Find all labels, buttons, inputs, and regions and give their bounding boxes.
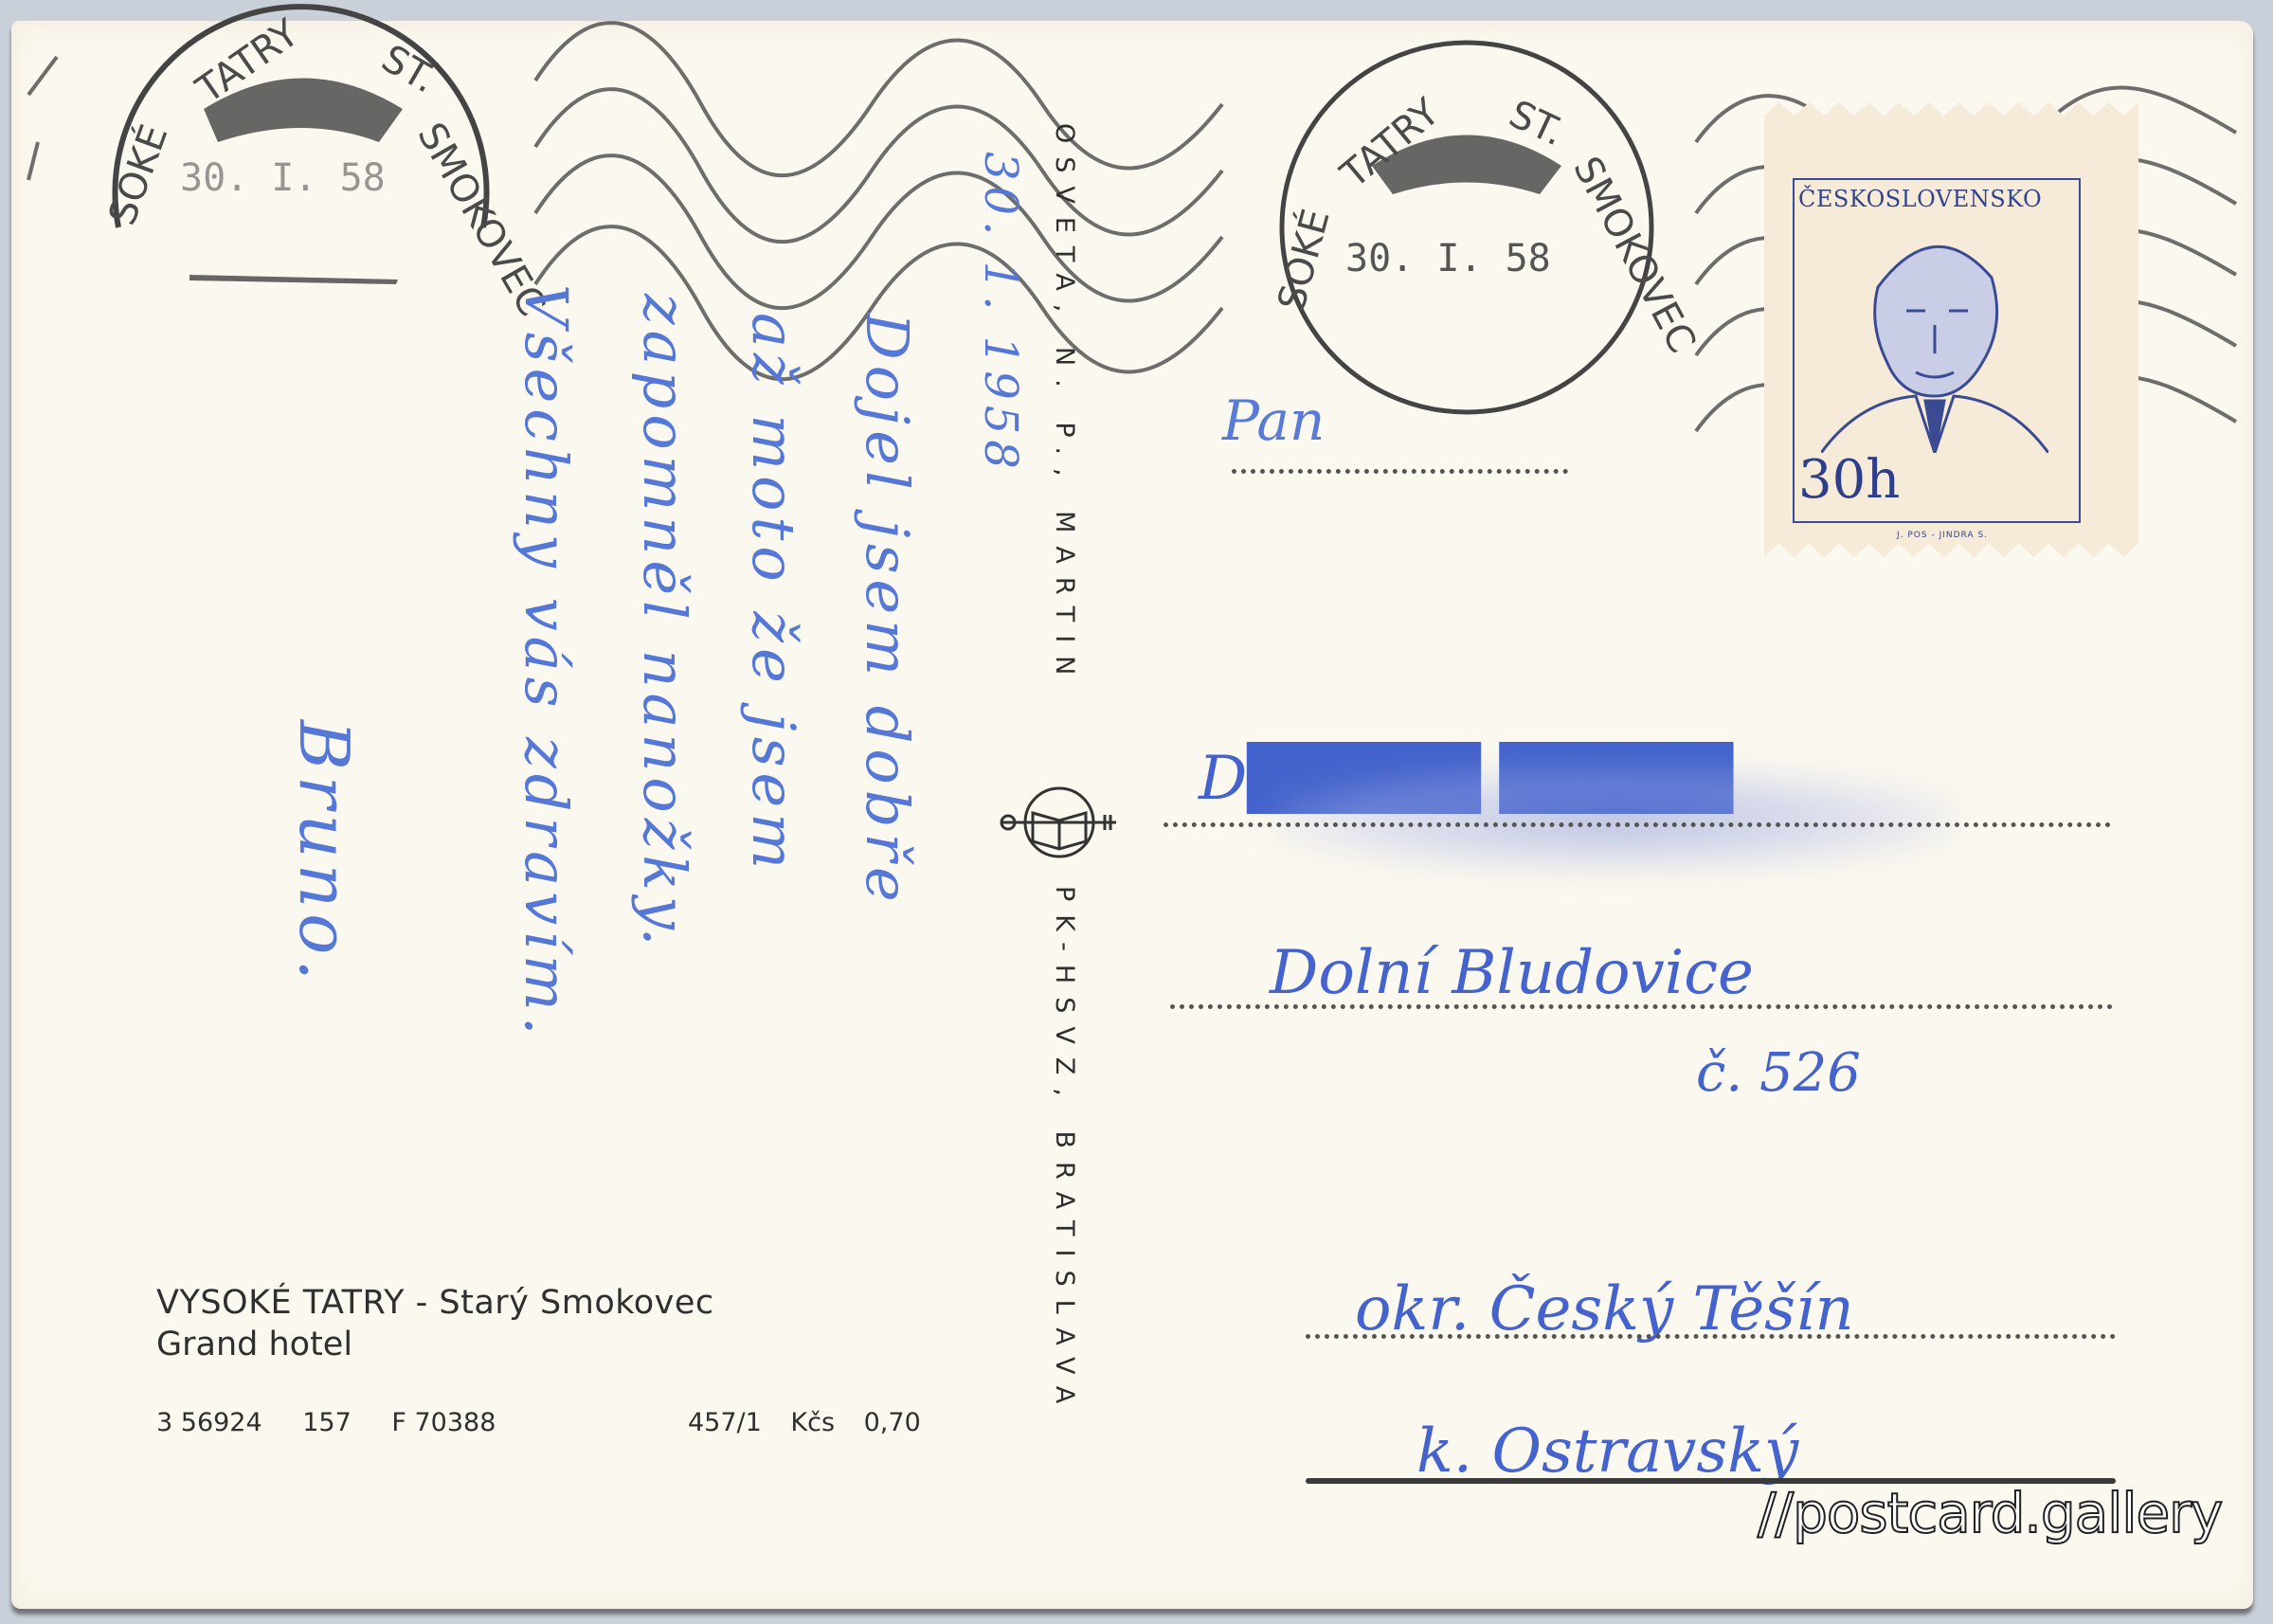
price-code: 457/1	[688, 1408, 762, 1437]
stamp-country: ČESKOSLOVENSKO	[1798, 186, 2042, 212]
address-line-dotted	[1170, 1004, 2113, 1009]
address-line-dotted	[1306, 1334, 2116, 1339]
caption-title: VYSOKÉ TATRY - Starý Smokovec	[156, 1284, 714, 1322]
catalog-code: F 70388	[391, 1408, 496, 1437]
postcard-caption: VYSOKÉ TATRY - Starý Smokovec Grand hote…	[156, 1284, 714, 1363]
book-and-key-emblem-icon	[993, 766, 1126, 879]
portrait-engraving-icon	[1821, 221, 2048, 453]
postmark-date-right: 30. I. 58	[1345, 237, 1551, 280]
address-line-1: Dolní Bludovice	[1270, 938, 1754, 1008]
price-codes: 457/1 Kčs 0,70	[688, 1408, 942, 1437]
stamp-credit: J. POS - JINDRA S.	[1897, 531, 1988, 540]
address-line-dotted	[1164, 822, 2111, 827]
catalog-codes: 3 56924 157 F 70388	[156, 1408, 528, 1437]
message-line-1: Dojel jsem dobře	[853, 313, 922, 908]
publisher-line-bottom: PK-HSVZ, BRATISLAVA	[1050, 886, 1079, 1416]
publisher-line-top: OSVETA, N. P., MARTIN	[1050, 123, 1079, 688]
price-value: 0,70	[864, 1408, 921, 1437]
redacted-name-blur	[1274, 767, 1957, 872]
watermark: //postcard.gallery	[1758, 1481, 2222, 1545]
message-signature: Bruno.	[284, 720, 364, 986]
message-line-2: až moto že jsem	[739, 313, 808, 875]
address-salutation: Pan	[1222, 388, 1325, 453]
stamp-value: 30h	[1798, 449, 1900, 511]
address-line-2: č. 526	[1696, 1042, 1861, 1104]
address-line-4: k. Ostravský	[1416, 1416, 1798, 1487]
message-line-4: Všechny vás zdravím.	[512, 284, 581, 1040]
message-date: 30. 1. 1958	[974, 152, 1027, 475]
price-currency: Kčs	[790, 1408, 835, 1437]
address-line-dotted	[1232, 469, 1568, 474]
caption-subtitle: Grand hotel	[156, 1326, 714, 1363]
postage-stamp: ČESKOSLOVENSKO 30h J. POS - JINDRA S.	[1764, 102, 2138, 557]
message-line-3: zapomněl nanožky.	[630, 294, 699, 951]
postmark-date-left: 30. I. 58	[180, 156, 386, 200]
catalog-code: 3 56924	[156, 1408, 262, 1437]
catalog-code: 157	[302, 1408, 352, 1437]
